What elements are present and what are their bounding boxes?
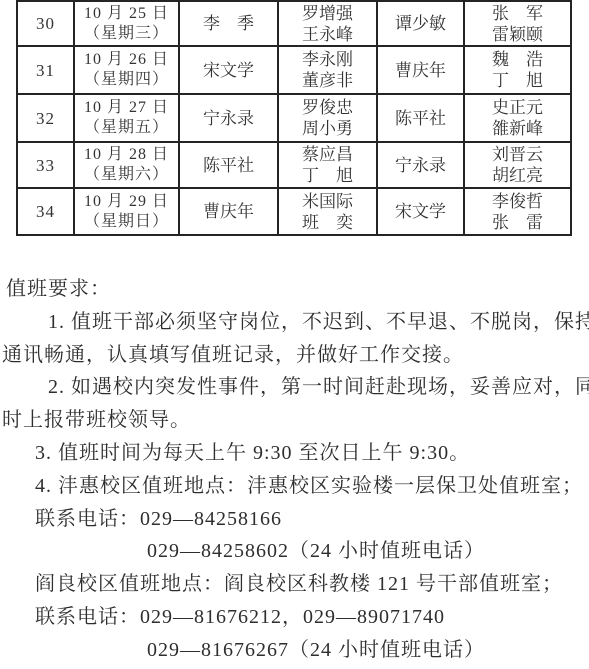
- duty-schedule-table: 30 10 月 25 日 （星期三） 李 季 罗增强 王永峰 谭少敏 张 军 雷…: [16, 0, 572, 236]
- date-text: 10 月 27 日: [75, 98, 178, 118]
- table-row: 33 10 月 28 日 （星期六） 陈平社 蔡应昌 丁 旭 宁永录 刘晋云 胡…: [17, 142, 571, 188]
- cell-duty-name: 宁永录: [377, 142, 464, 188]
- duty-name: 李永刚: [279, 49, 376, 70]
- weekday-text: （星期三）: [75, 24, 178, 44]
- weekday-text: （星期四）: [75, 70, 178, 90]
- duty-name: 米国际: [279, 191, 376, 212]
- requirement-line: 2. 如遇校内突发性事件，第一时间赶赴现场，妥善应对，同: [0, 371, 589, 404]
- duty-name: 蔡应昌: [279, 144, 376, 165]
- date-text: 10 月 29 日: [75, 192, 178, 212]
- cell-duty-names: 蔡应昌 丁 旭: [278, 142, 377, 188]
- duty-name: 丁 旭: [465, 70, 570, 91]
- cell-duty-name: 曹庆年: [377, 46, 464, 94]
- document-page: 30 10 月 25 日 （星期三） 李 季 罗增强 王永峰 谭少敏 张 军 雷…: [0, 0, 589, 669]
- duty-name: 王永峰: [279, 24, 376, 45]
- contact-phone-line: 联系电话：029—81676212，029—89071740: [0, 601, 589, 634]
- duty-name: 胡红亮: [465, 165, 570, 186]
- duty-name: 雒新峰: [465, 118, 570, 139]
- cell-leader-name: 曹庆年: [179, 188, 278, 235]
- requirement-line: 3. 值班时间为每天上午 9:30 至次日上午 9:30。: [0, 437, 589, 470]
- contact-phone-line: 029—84258602（24 小时值班电话）: [0, 535, 589, 568]
- date-text: 10 月 25 日: [75, 4, 178, 24]
- duty-name: 李俊哲: [465, 191, 570, 212]
- cell-leader-name: 宁永录: [179, 94, 278, 142]
- table-row: 30 10 月 25 日 （星期三） 李 季 罗增强 王永峰 谭少敏 张 军 雷…: [17, 1, 571, 46]
- duty-requirements-section: 值班要求： 1. 值班干部必须坚守岗位，不迟到、不早退、不脱岗，保持 通讯畅通，…: [0, 273, 589, 667]
- cell-serial: 33: [17, 142, 74, 188]
- table-row: 32 10 月 27 日 （星期五） 宁永录 罗俊忠 周小勇 陈平社 史正元 雒…: [17, 94, 571, 142]
- cell-duty-names: 刘晋云 胡红亮: [464, 142, 571, 188]
- duty-name: 张 军: [465, 3, 570, 24]
- duty-name: 周小勇: [279, 118, 376, 139]
- requirement-line: 通讯畅通，认真填写值班记录，并做好工作交接。: [0, 339, 589, 372]
- contact-phone-line: 029—81676267（24 小时值班电话）: [0, 634, 589, 667]
- duty-name: 刘晋云: [465, 144, 570, 165]
- requirements-heading: 值班要求：: [0, 273, 589, 306]
- weekday-text: （星期日）: [75, 212, 178, 232]
- requirement-line: 阎良校区值班地点：阎良校区科教楼 121 号干部值班室；: [0, 568, 589, 601]
- date-text: 10 月 28 日: [75, 145, 178, 165]
- requirement-line: 时上报带班校领导。: [0, 404, 589, 437]
- duty-name: 罗俊忠: [279, 97, 376, 118]
- cell-duty-names: 米国际 班 奕: [278, 188, 377, 235]
- cell-duty-names: 史正元 雒新峰: [464, 94, 571, 142]
- cell-duty-names: 李俊哲 张 雷: [464, 188, 571, 235]
- cell-date: 10 月 29 日 （星期日）: [74, 188, 179, 235]
- cell-leader-name: 李 季: [179, 1, 278, 46]
- cell-date: 10 月 27 日 （星期五）: [74, 94, 179, 142]
- cell-duty-names: 罗俊忠 周小勇: [278, 94, 377, 142]
- weekday-text: （星期六）: [75, 165, 178, 185]
- requirement-line: 4. 沣惠校区值班地点：沣惠校区实验楼一层保卫处值班室；: [0, 470, 589, 503]
- table-row: 31 10 月 26 日 （星期四） 宋文学 李永刚 董彦非 曹庆年 魏 浩 丁…: [17, 46, 571, 94]
- cell-leader-name: 宋文学: [179, 46, 278, 94]
- duty-name: 张 雷: [465, 212, 570, 233]
- cell-duty-name: 谭少敏: [377, 1, 464, 46]
- cell-serial: 30: [17, 1, 74, 46]
- date-text: 10 月 26 日: [75, 50, 178, 70]
- cell-duty-names: 李永刚 董彦非: [278, 46, 377, 94]
- duty-name: 史正元: [465, 97, 570, 118]
- table-row: 34 10 月 29 日 （星期日） 曹庆年 米国际 班 奕 宋文学 李俊哲 张…: [17, 188, 571, 235]
- contact-phone-line: 联系电话：029—84258166: [0, 503, 589, 536]
- cell-date: 10 月 25 日 （星期三）: [74, 1, 179, 46]
- requirement-line: 1. 值班干部必须坚守岗位，不迟到、不早退、不脱岗，保持: [0, 306, 589, 339]
- cell-duty-names: 魏 浩 丁 旭: [464, 46, 571, 94]
- weekday-text: （星期五）: [75, 118, 178, 138]
- cell-serial: 32: [17, 94, 74, 142]
- duty-name: 班 奕: [279, 212, 376, 233]
- cell-duty-names: 罗增强 王永峰: [278, 1, 377, 46]
- cell-leader-name: 陈平社: [179, 142, 278, 188]
- cell-duty-name: 陈平社: [377, 94, 464, 142]
- duty-name: 董彦非: [279, 70, 376, 91]
- cell-serial: 31: [17, 46, 74, 94]
- duty-name: 罗增强: [279, 3, 376, 24]
- duty-name: 雷颖颐: [465, 24, 570, 45]
- cell-duty-names: 张 军 雷颖颐: [464, 1, 571, 46]
- duty-name: 魏 浩: [465, 49, 570, 70]
- duty-name: 丁 旭: [279, 165, 376, 186]
- cell-duty-name: 宋文学: [377, 188, 464, 235]
- cell-serial: 34: [17, 188, 74, 235]
- cell-date: 10 月 26 日 （星期四）: [74, 46, 179, 94]
- cell-date: 10 月 28 日 （星期六）: [74, 142, 179, 188]
